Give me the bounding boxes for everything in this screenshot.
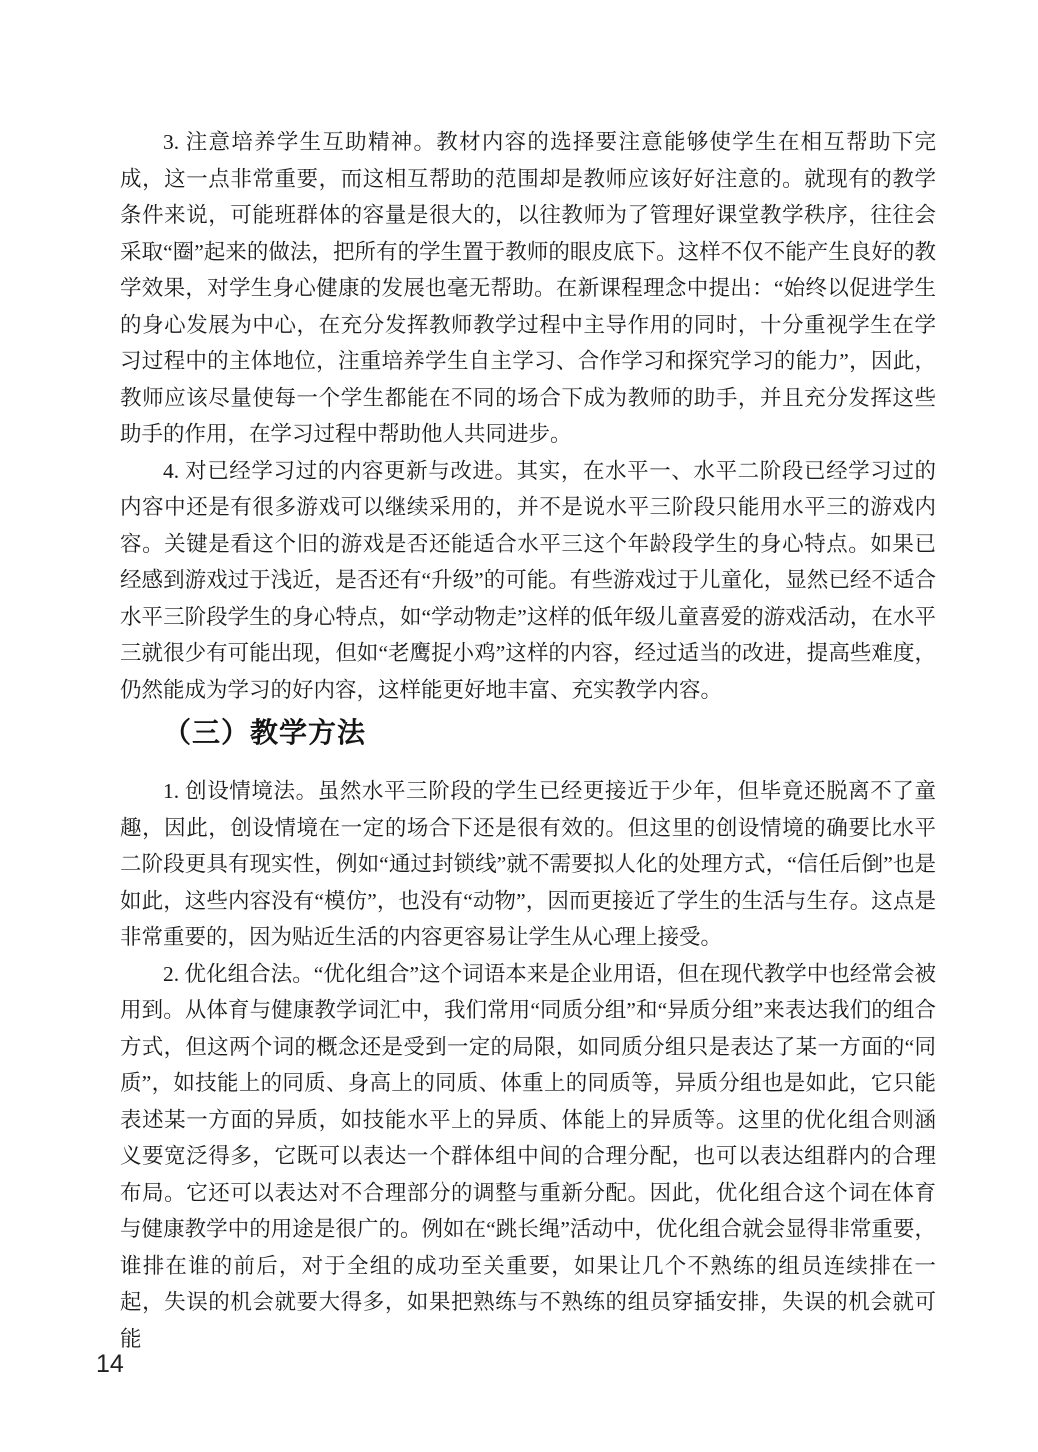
paragraph-4-update-learned-content: 4. 对已经学习过的内容更新与改进。其实，在水平一、水平二阶段已经学习过的内容中… [120, 453, 936, 709]
paragraph-2-optimized-grouping-method: 2. 优化组合法。“优化组合”这个词语本来是企业用语，但在现代教学中也经常会被用… [120, 956, 936, 1358]
page-content: 3. 注意培养学生互助精神。教材内容的选择要注意能够使学生在相互帮助下完成，这一… [120, 124, 936, 1357]
section-heading-teaching-methods: （三）教学方法 [120, 708, 936, 758]
paragraph-3-mutual-help-spirit: 3. 注意培养学生互助精神。教材内容的选择要注意能够使学生在相互帮助下完成，这一… [120, 124, 936, 453]
paragraph-1-situation-creation-method: 1. 创设情境法。虽然水平三阶段的学生已经更接近于少年，但毕竟还脱离不了童趣，因… [120, 773, 936, 956]
document-page: 3. 注意培养学生互助精神。教材内容的选择要注意能够使学生在相互帮助下完成，这一… [0, 0, 1038, 1452]
page-number: 14 [96, 1350, 124, 1379]
